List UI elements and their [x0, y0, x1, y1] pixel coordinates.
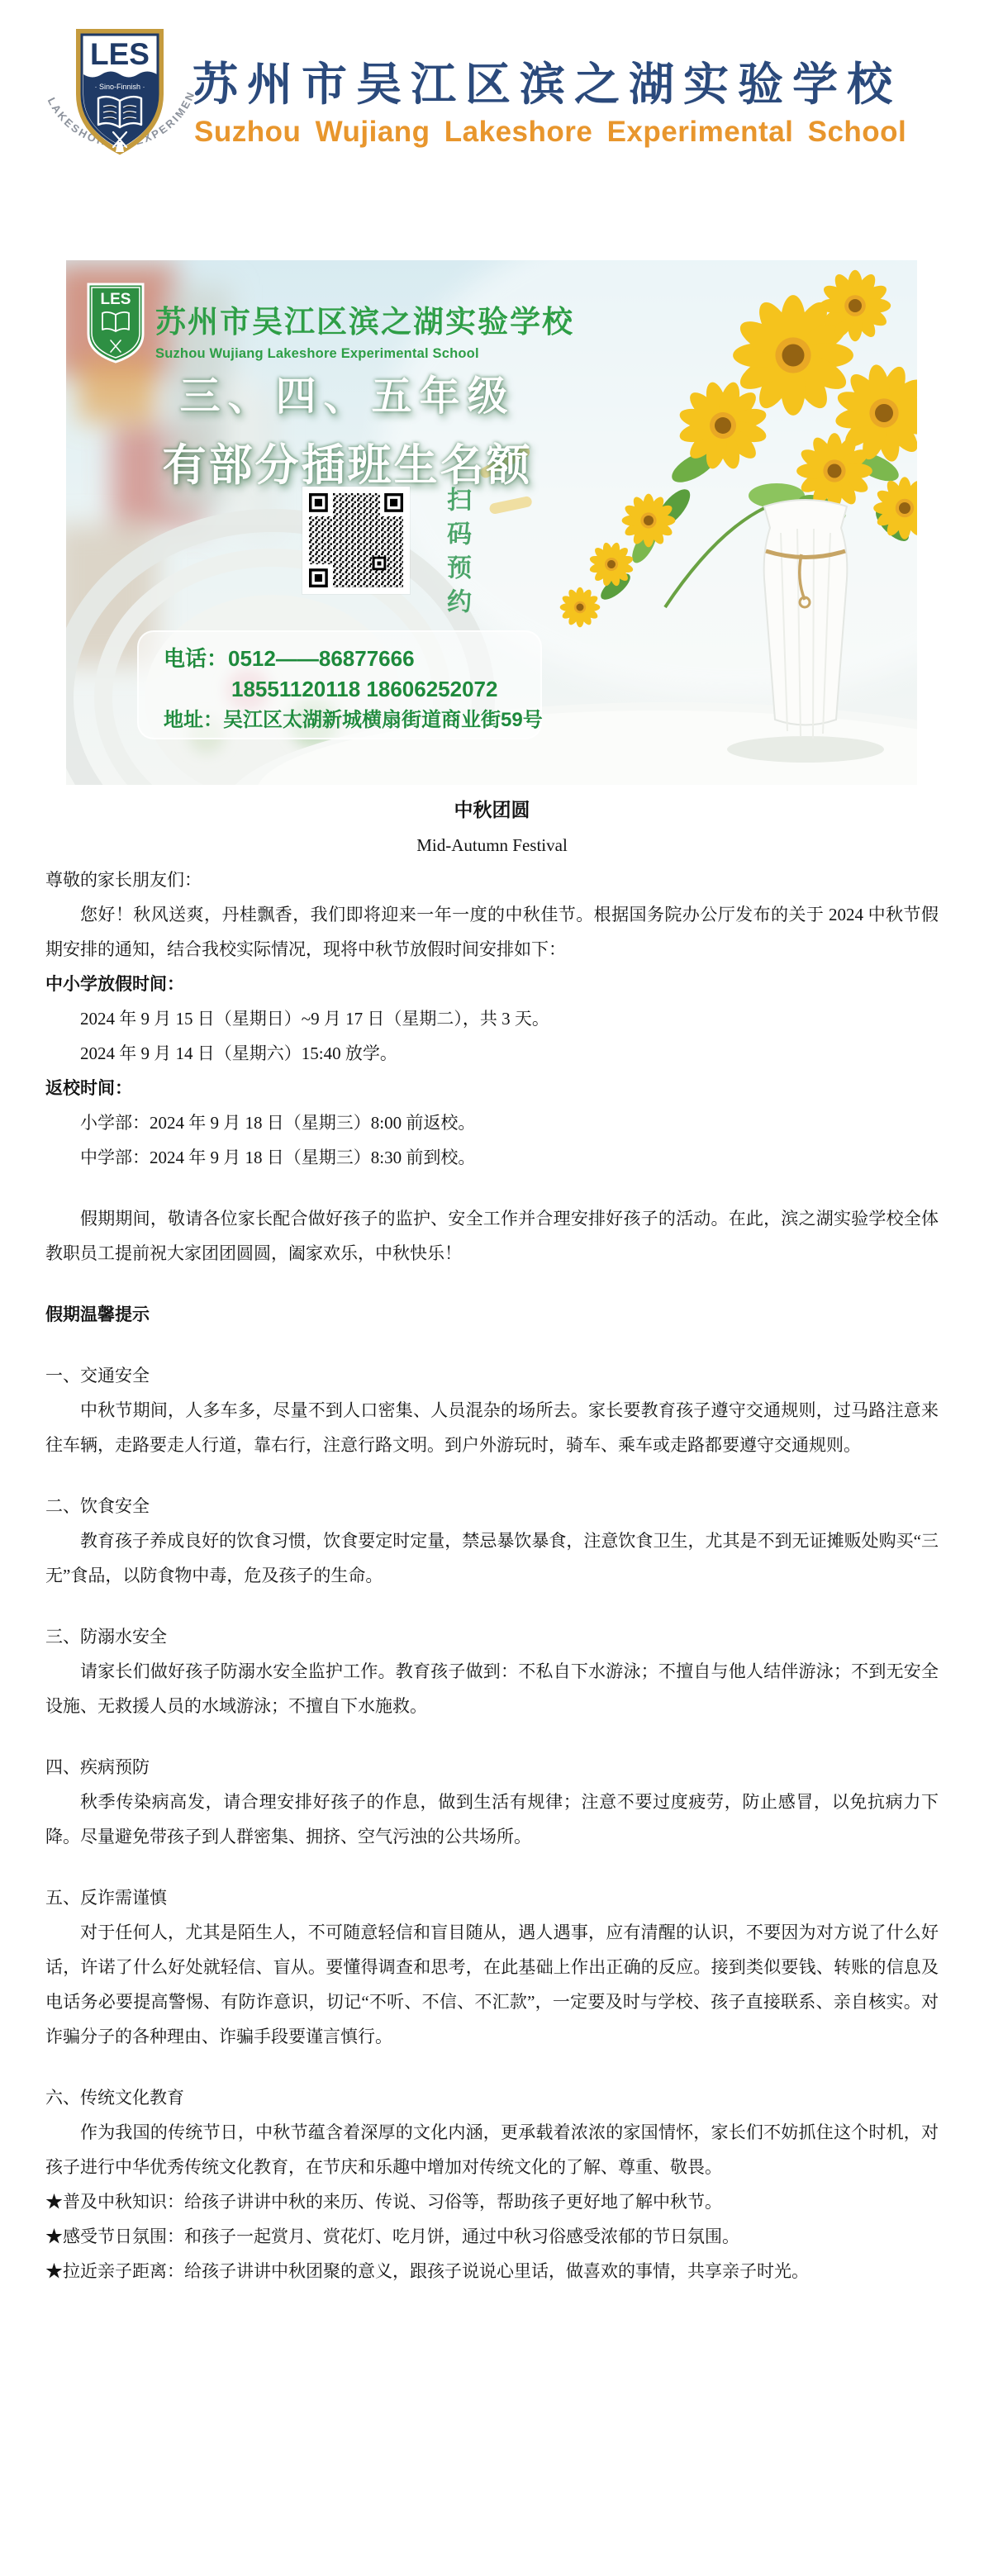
- banner-school-name-en: Suzhou Wujiang Lakeshore Experimental Sc…: [155, 346, 574, 362]
- tips-heading: 假期温馨提示: [45, 1297, 939, 1332]
- section-body: 作为我国的传统节日，中秋节蕴含着深厚的文化内涵，更承载着浓浓的家国情怀，家长们不…: [45, 2115, 939, 2184]
- section-title: 四、疾病预防: [45, 1750, 939, 1785]
- intro-paragraph: 您好！秋风送爽，丹桂飘香，我们即将迎来一年一度的中秋佳节。根据国务院办公厅发布的…: [45, 897, 939, 967]
- school-name-cn: 苏州市吴江区滨之湖实验学校: [193, 48, 901, 113]
- svg-text:· Sino-Finnish ·: · Sino-Finnish ·: [94, 83, 145, 91]
- banner-school-name-cn: 苏州市吴江区滨之湖实验学校: [155, 297, 574, 341]
- article-title-cn: 中秋团圆: [45, 793, 939, 828]
- holiday-line: 2024 年 9 月 15 日（星期日）~9 月 17 日（星期二），共 3 天…: [45, 1001, 939, 1036]
- article-title-en: Mid-Autumn Festival: [45, 828, 939, 863]
- return-heading: 返校时间：: [45, 1071, 939, 1105]
- address-value: 吴江区太湖新城横扇街道商业街59号: [223, 709, 543, 731]
- school-header: LAKESHORE ★ EXPERIMENTAL ★ SCHOOL LES · …: [0, 0, 984, 256]
- address-label: 地址：: [164, 709, 223, 731]
- section-body: 秋季传染病高发，请合理安排好孩子的作息，做到生活有规律；注意不要过度疲劳，防止感…: [45, 1785, 939, 1854]
- svg-text:LES: LES: [90, 37, 150, 71]
- svg-text:LES: LES: [101, 291, 131, 308]
- section-title: 三、防溺水安全: [45, 1619, 939, 1654]
- banner-headline: 三、四、五年级 有部分插班生名额: [139, 364, 556, 493]
- contact-phone-line2: 18551120118 18606252072: [139, 674, 540, 705]
- banner-headline-line1: 三、四、五年级: [139, 364, 556, 422]
- contact-card: 电话：0512——86877666 18551120118 1860625207…: [137, 630, 542, 739]
- section-body: 对于任何人，尤其是陌生人，不可随意轻信和盲目随从，遇人遇事，应有清醒的认识，不要…: [45, 1915, 939, 2054]
- return-line: 小学部：2024 年 9 月 18 日（星期三）8:00 前返校。: [45, 1105, 939, 1140]
- banner-school-name: 苏州市吴江区滨之湖实验学校 Suzhou Wujiang Lakeshore E…: [155, 297, 574, 362]
- star-tip: ★拉近亲子距离：给孩子讲讲中秋团聚的意义，跟孩子说说心里话，做喜欢的事情，共享亲…: [45, 2254, 939, 2288]
- phone-label: 电话：: [164, 646, 228, 671]
- section-title: 一、交通安全: [45, 1358, 939, 1393]
- admission-banner: LES 苏州市吴江区滨之湖实验学校 Suzhou Wujiang Lakesho…: [66, 260, 917, 785]
- notice-article: 中秋团圆 Mid-Autumn Festival 尊敬的家长朋友们： 您好！秋风…: [45, 793, 939, 2288]
- star-tip: ★普及中秋知识：给孩子讲讲中秋的来历、传说、习俗等，帮助孩子更好地了解中秋节。: [45, 2184, 939, 2219]
- wish-paragraph: 假期期间，敬请各位家长配合做好孩子的监护、安全工作并合理安排好孩子的活动。在此，…: [45, 1201, 939, 1271]
- section-title: 二、饮食安全: [45, 1489, 939, 1523]
- salutation: 尊敬的家长朋友们：: [45, 863, 939, 897]
- qr-caption: 扫码预约: [438, 487, 474, 623]
- school-crest-icon: LAKESHORE ★ EXPERIMENTAL ★ SCHOOL LES · …: [43, 15, 197, 192]
- contact-address: 地址：吴江区太湖新城横扇街道商业街59号: [139, 705, 540, 735]
- section-title: 五、反诈需谨慎: [45, 1880, 939, 1915]
- section-body: 请家长们做好孩子防溺水安全监护工作。教育孩子做到：不私自下水游泳；不擅自与他人结…: [45, 1654, 939, 1723]
- contact-phone-line1: 电话：0512——86877666: [139, 644, 540, 674]
- qr-code: [302, 487, 410, 594]
- holiday-heading: 中小学放假时间：: [45, 967, 939, 1001]
- banner-headline-line2: 有部分插班生名额: [139, 430, 556, 493]
- star-tip: ★感受节日氛围：和孩子一起赏月、赏花灯、吃月饼，通过中秋习俗感受浓郁的节日氛围。: [45, 2219, 939, 2254]
- notice-page: LAKESHORE ★ EXPERIMENTAL ★ SCHOOL LES · …: [0, 0, 984, 2576]
- section-body: 中秋节期间，人多车多，尽量不到人口密集、人员混杂的场所去。家长要教育孩子遵守交通…: [45, 1393, 939, 1462]
- section-title: 六、传统文化教育: [45, 2080, 939, 2115]
- return-line: 中学部：2024 年 9 月 18 日（星期三）8:30 前到校。: [45, 1140, 939, 1175]
- holiday-line: 2024 年 9 月 14 日（星期六）15:40 放学。: [45, 1036, 939, 1071]
- school-name-en: Suzhou Wujiang Lakeshore Experimental Sc…: [194, 116, 906, 149]
- phone-value: 0512——86877666: [228, 646, 415, 671]
- banner-school-crest-icon: LES: [84, 282, 147, 364]
- section-body: 教育孩子养成良好的饮食习惯，饮食要定时定量，禁忌暴饮暴食，注意饮食卫生，尤其是不…: [45, 1523, 939, 1593]
